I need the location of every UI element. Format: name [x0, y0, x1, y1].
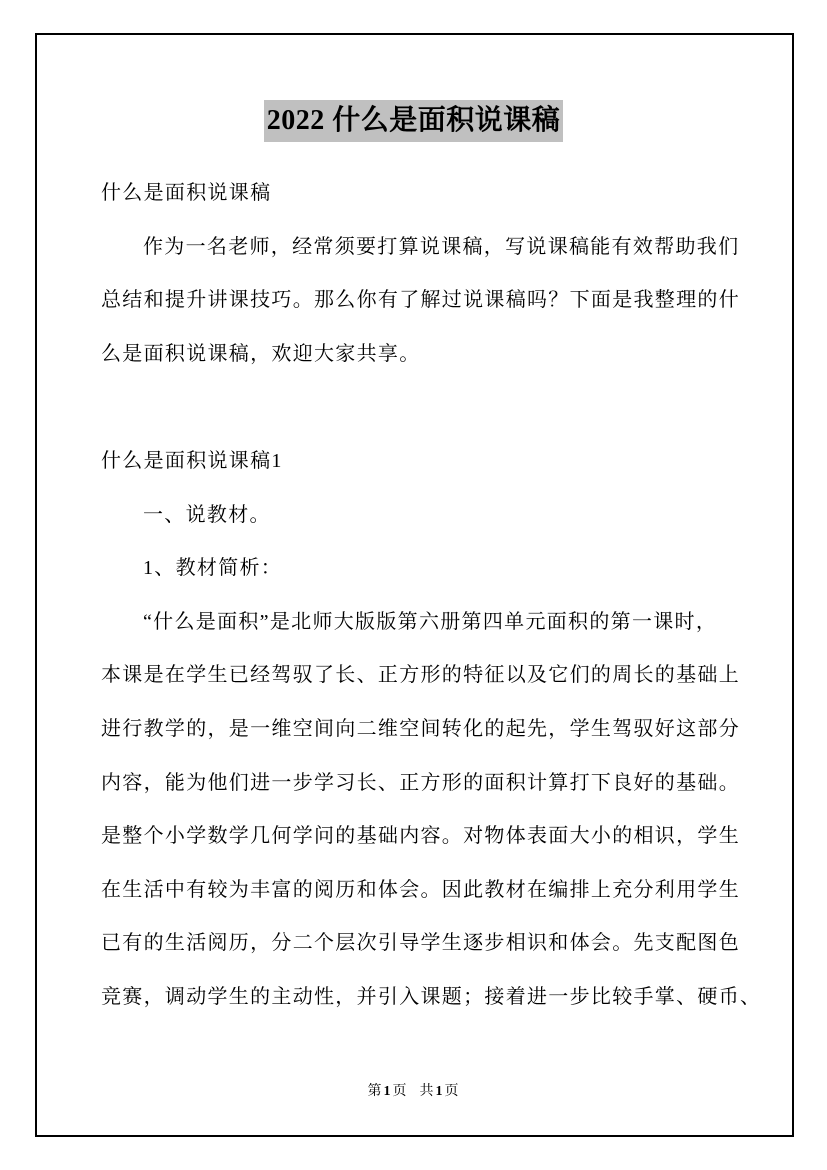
page-label-suffix: 页 — [393, 1084, 408, 1099]
page-number: 1 — [383, 1084, 393, 1099]
page-footer: 第1页共1页 — [0, 1080, 827, 1100]
document-page: 2022 什么是面积说课稿 什么是面积说课稿 作为一名老师，经常须要打算说课稿，… — [0, 0, 827, 1170]
document-body: 什么是面积说课稿 作为一名老师，经常须要打算说课稿，写说课稿能有效帮助我们 总结… — [101, 181, 761, 1039]
list-item-line: 一、说教材。 — [101, 503, 761, 557]
paragraph-line: 总结和提升讲课技巧。那么你有了解过说课稿吗？下面是我整理的什 — [101, 288, 761, 342]
paragraph-line: 进行教学的，是一维空间向二维空间转化的起先，学生驾驭好这部分 — [101, 717, 761, 771]
total-pages-number: 1 — [435, 1084, 445, 1099]
page-label-prefix: 第 — [368, 1084, 383, 1099]
document-title: 2022 什么是面积说课稿 — [264, 100, 564, 142]
title-row: 2022 什么是面积说课稿 — [0, 100, 827, 142]
paragraph-line: “什么是面积”是北师大版版第六册第四单元面积的第一课时， — [101, 610, 761, 664]
paragraph-line: 么是面积说课稿，欢迎大家共享。 — [101, 342, 761, 396]
section-heading-line: 什么是面积说课稿1 — [101, 449, 761, 503]
blank-line — [101, 395, 761, 449]
list-item-line: 1、教材简析： — [101, 556, 761, 610]
subtitle-line: 什么是面积说课稿 — [101, 181, 761, 235]
paragraph-line: 作为一名老师，经常须要打算说课稿，写说课稿能有效帮助我们 — [101, 235, 761, 289]
total-label-prefix: 共 — [420, 1084, 435, 1099]
paragraph-line: 本课是在学生已经驾驭了长、正方形的特征以及它们的周长的基础上 — [101, 663, 761, 717]
paragraph-line: 是整个小学数学几何学问的基础内容。对物体表面大小的相识，学生 — [101, 824, 761, 878]
paragraph-line: 已有的生活阅历，分二个层次引导学生逐步相识和体会。先支配图色 — [101, 931, 761, 985]
paragraph-line: 内容，能为他们进一步学习长、正方形的面积计算打下良好的基础。 — [101, 771, 761, 825]
total-label-suffix: 页 — [445, 1084, 460, 1099]
current-page-indicator: 第1页 — [368, 1084, 408, 1099]
paragraph-line: 竞赛，调动学生的主动性，并引入课题；接着进一步比较手掌、硬币、 — [101, 985, 761, 1039]
paragraph-line: 在生活中有较为丰富的阅历和体会。因此教材在编排上充分利用学生 — [101, 878, 761, 932]
total-pages-indicator: 共1页 — [420, 1084, 460, 1099]
